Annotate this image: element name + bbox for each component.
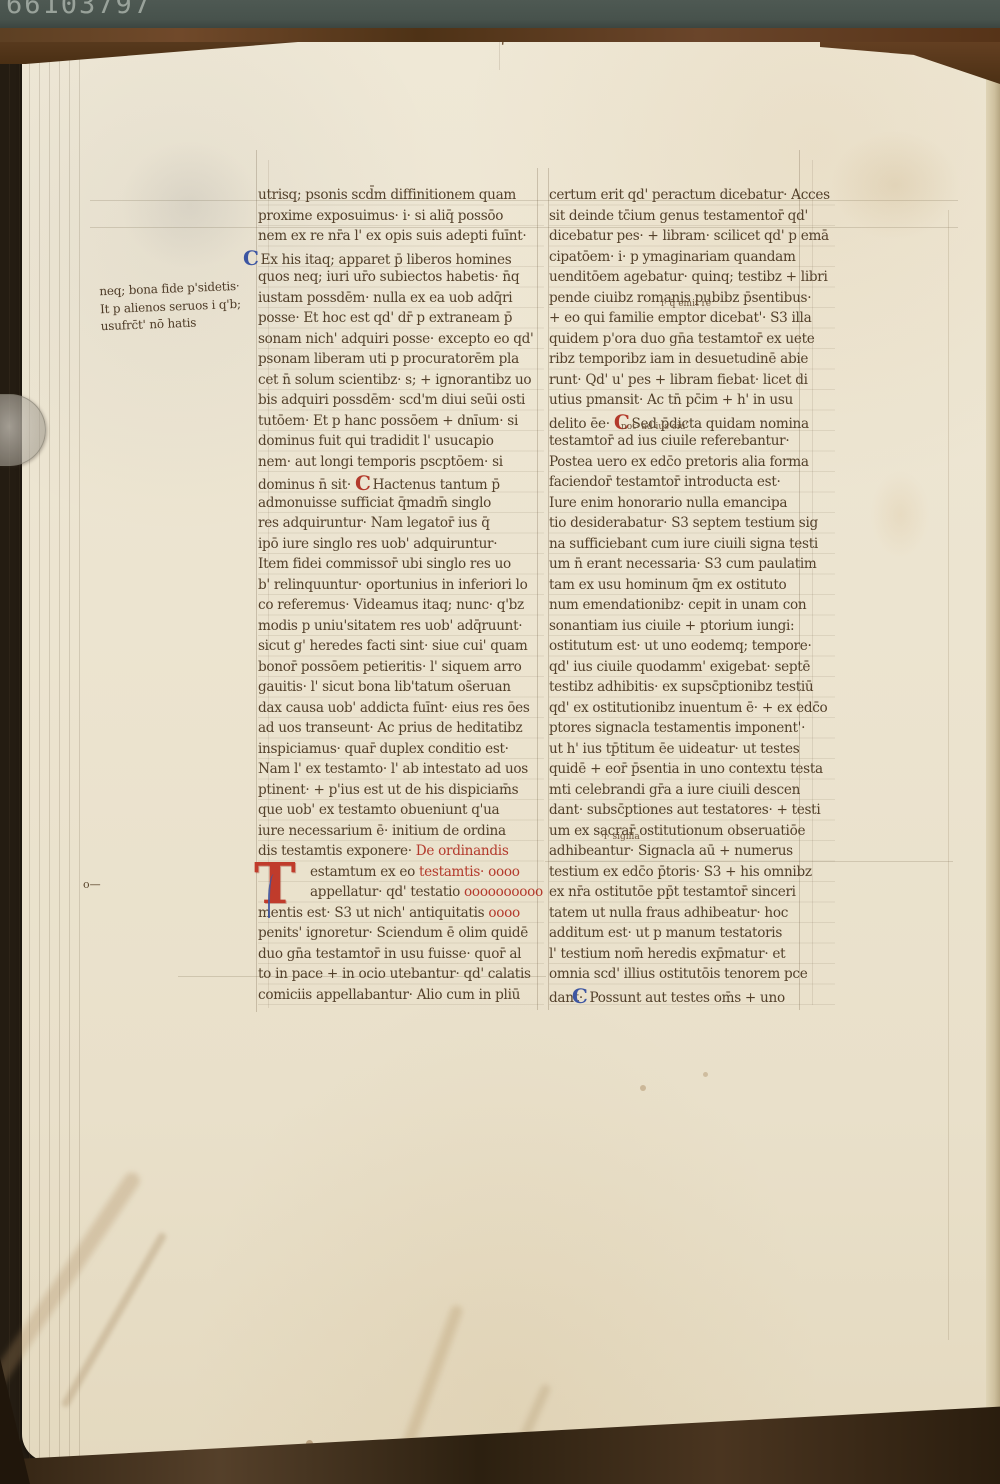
body-text: dant· subsc̄ptiones aut testatores· + te… bbox=[549, 802, 820, 818]
text-line: sonantiam ius ciuile + ptorium iungi: bbox=[549, 616, 835, 637]
text-line: sonam nich' adquiri posse· excepto eo qd… bbox=[258, 329, 544, 350]
text-line: que uob' ex testamto obueniunt q'ua bbox=[258, 800, 544, 821]
body-text: Iure enim honorario nulla emancipa bbox=[549, 495, 787, 511]
text-line: utius pmansit· Ac tn̄ pc̄im + h' in usu bbox=[549, 390, 835, 411]
body-text: comiciis appellabantur· Alio cum in pliū bbox=[258, 987, 520, 1003]
body-text: sonantiam ius ciuile + ptorium iungi: bbox=[549, 618, 794, 634]
text-line: um n̄ erant necessaria· S3 cum paulatim bbox=[549, 554, 835, 575]
paraph-initial: C bbox=[243, 246, 259, 270]
body-text: tio desiderabatur· S3 septem testium sig bbox=[549, 515, 818, 531]
text-line: na sufficiebant cum iure ciuili signa te… bbox=[549, 534, 835, 555]
text-line: ptinent· + p'ius est ut de his dispiciam… bbox=[258, 780, 544, 801]
text-line: dominus fuit qui tradidit l' usucapio bbox=[258, 431, 544, 452]
paraph-initial: C bbox=[355, 471, 371, 495]
text-line: modis p uniu'sitatem res uob' adq̄ruunt· bbox=[258, 616, 544, 637]
body-text: ut h' ius tp̄titum ēe uideatur· ut teste… bbox=[549, 741, 799, 757]
text-line: b' relinquuntur· oportunius in inferiori… bbox=[258, 575, 544, 596]
body-text: inspiciamus· quar̄ duplex conditio est· bbox=[258, 741, 509, 757]
body-text: nem ex re nr̄a l' ex opis suis adepti fu… bbox=[258, 228, 526, 244]
text-line: dis testamtis exponere· De ordinandis bbox=[258, 841, 544, 862]
body-text: que uob' ex testamto obueniunt q'ua bbox=[258, 802, 499, 818]
rubric-text: testamtis· oooo bbox=[419, 864, 520, 880]
text-line: ut h' ius tp̄titum ēe uideatur· ut teste… bbox=[549, 739, 835, 760]
body-text: cet n̄ solum scientibz· s; + ignorantibz… bbox=[258, 372, 531, 388]
scanner-id-number: 66103797 bbox=[6, 0, 152, 20]
text-line: res adquiruntur· Nam legator̄ ius q̄ bbox=[258, 513, 544, 534]
body-text: appellatur· qd' testatio bbox=[310, 884, 464, 900]
body-text: dominus fuit qui tradidit l' usucapio bbox=[258, 433, 494, 449]
text-line: l' testium nom̄ heredis exp̄matur· et bbox=[549, 944, 835, 965]
text-column-right: certum erit qd' peractum dicebatur· Acce… bbox=[549, 185, 835, 1005]
interlinear-gloss: i· q̄ emit rē bbox=[661, 300, 711, 309]
text-line: qd' ius ciuile quodamm' exigebat· septē bbox=[549, 657, 835, 678]
text-line: quos neq; iuri ur̄o subiectos habetis· n… bbox=[258, 267, 544, 288]
body-text: quidem p'ora duo gn̄a testamtor̄ ex uete bbox=[549, 331, 815, 347]
text-line: ptores signacla testamentis imponent'· bbox=[549, 718, 835, 739]
body-text: dax causa uob' addicta fuīnt· eius res ō… bbox=[258, 700, 530, 716]
text-line: quidē + eor̄ p̄sentia in uno contextu te… bbox=[549, 759, 835, 780]
body-text: bonor̄ possōem petieritis· l' siquem arr… bbox=[258, 659, 522, 675]
text-line: ipō iure singlo res uob' adquiruntur· bbox=[258, 534, 544, 555]
body-text: ribz temporibz iam in desuetudinē abie bbox=[549, 351, 808, 367]
body-text: posse· Et hoc est qd' dr̄ p extraneam p̄ bbox=[258, 310, 512, 326]
body-text: penits' ignoretur· Sciendum ē olim quidē bbox=[258, 925, 528, 941]
marginal-note: neq; bona fide p'sidetis·It p alienos se… bbox=[99, 277, 271, 336]
text-line: dax causa uob' addicta fuīnt· eius res ō… bbox=[258, 698, 544, 719]
fore-edge-pages bbox=[986, 60, 1000, 1420]
body-text: testamtor̄ ad ius ciuile referebantur· bbox=[549, 433, 789, 449]
body-text: delito ēe· bbox=[549, 416, 614, 432]
text-line: qd' ex ostitutionibz inuentum ē· + ex ed… bbox=[549, 698, 835, 719]
body-text: utrisq; psonis scd̄m diffinitionem quam bbox=[258, 187, 516, 203]
text-column-left: utrisq; psonis scd̄m diffinitionem quamp… bbox=[258, 185, 544, 1005]
text-line: additum est· ut p manum testatoris bbox=[549, 923, 835, 944]
body-text: na sufficiebant cum iure ciuili signa te… bbox=[549, 536, 818, 552]
interlinear-gloss: ·i· sigilla bbox=[601, 833, 640, 842]
text-line: um ex sacrar̄ ostitutionum obseruatiōe bbox=[549, 821, 835, 842]
text-line: dominus n̄ sit· CHactenus tantum p̄ bbox=[258, 472, 544, 493]
body-text: Hactenus tantum p̄ bbox=[373, 477, 500, 493]
interlinear-gloss: not· ad ius ciu' bbox=[621, 423, 688, 432]
paraph-initial: C bbox=[572, 984, 588, 1008]
body-text: sit deinde tc̄ium genus testamentor̄ qd' bbox=[549, 208, 808, 224]
body-text: runt· Qd' u' pes + libram fiebat· licet … bbox=[549, 372, 808, 388]
text-line: penits' ignoretur· Sciendum ē olim quidē bbox=[258, 923, 544, 944]
body-text: ptinent· + p'ius est ut de his dispiciam… bbox=[258, 782, 518, 798]
text-line: Postea uero ex edc̄o pretoris alia forma bbox=[549, 452, 835, 473]
text-line: delito ēe· CSed p̄dicta quidam nomina bbox=[549, 411, 835, 432]
text-line: tam ex usu hominum q̄m ex ostituto bbox=[549, 575, 835, 596]
body-text: proxime exposuimus· i· si aliq̄ possōo bbox=[258, 208, 503, 224]
rubric-text: De ordinandis bbox=[416, 843, 509, 859]
body-text: dicebatur pes· + libram· scilicet qd' p … bbox=[549, 228, 829, 244]
body-text: sonam nich' adquiri posse· excepto eo qd… bbox=[258, 331, 534, 347]
body-text: um ex sacrar̄ ostitutionum obseruatiōe bbox=[549, 823, 805, 839]
text-line: CEx his itaq; apparet p̄ liberos homines bbox=[258, 247, 544, 268]
body-text: ad uos transeunt· Ac prius de heditatibz bbox=[258, 720, 522, 736]
body-text: Possunt aut testes om̄s + uno bbox=[590, 990, 785, 1006]
text-line: mti celebrandi gr̄a a iure ciuili descen bbox=[549, 780, 835, 801]
text-line: tio desiderabatur· S3 septem testium sig bbox=[549, 513, 835, 534]
scanner-band: 66103797 bbox=[0, 0, 1000, 28]
text-line: quidem p'ora duo gn̄a testamtor̄ ex uete bbox=[549, 329, 835, 350]
page-fold-line bbox=[948, 210, 949, 1340]
text-line: bis adquiri possdēm· scd'm diui seūi ost… bbox=[258, 390, 544, 411]
text-line: sicut g' heredes facti sint· siue cui' q… bbox=[258, 636, 544, 657]
text-line: uenditōem agebatur· quinq; testibz + lib… bbox=[549, 267, 835, 288]
text-line: appellatur· qd' testatio oooooooooo bbox=[258, 882, 544, 903]
binding-leather-top bbox=[0, 26, 1000, 42]
body-text: quidē + eor̄ p̄sentia in uno contextu te… bbox=[549, 761, 823, 777]
body-text: certum erit qd' peractum dicebatur· Acce… bbox=[549, 187, 830, 203]
text-line: admonuisse sufficiat q̄madm̄ singlo bbox=[258, 493, 544, 514]
body-text: tutōem· Et p hanc possōem + dnīum· si bbox=[258, 413, 518, 429]
body-text: gauitis· l' sicut bona lib'tatum os̄erua… bbox=[258, 679, 511, 695]
text-line: bonor̄ possōem petieritis· l' siquem arr… bbox=[258, 657, 544, 678]
body-text: quos neq; iuri ur̄o subiectos habetis· n… bbox=[258, 269, 519, 285]
text-line: tatem ut nulla fraus adhibeatur· hoc bbox=[549, 903, 835, 924]
text-line: duo gn̄a testamtor̄ in usu fuisse· quor̄… bbox=[258, 944, 544, 965]
text-line: inspiciamus· quar̄ duplex conditio est· bbox=[258, 739, 544, 760]
body-text: psonam liberam uti p procuratorēm pla bbox=[258, 351, 519, 367]
body-text: testium ex edc̄o p̄toris· S3 + his omnib… bbox=[549, 864, 812, 880]
text-line: mentis est· S3 ut nich' antiquitatis ooo… bbox=[258, 903, 544, 924]
text-line: testium ex edc̄o p̄toris· S3 + his omnib… bbox=[549, 862, 835, 883]
body-text: res adquiruntur· Nam legator̄ ius q̄ bbox=[258, 515, 490, 531]
body-text: omnia scd' illius ostitutōis tenorem pce bbox=[549, 966, 807, 982]
text-line: proxime exposuimus· i· si aliq̄ possōo bbox=[258, 206, 544, 227]
body-text: num emendationibz· cepit in unam con bbox=[549, 597, 806, 613]
body-text: Nam l' ex testamto· l' ab intestato ad u… bbox=[258, 761, 528, 777]
text-line: omnia scd' illius ostitutōis tenorem pce bbox=[549, 964, 835, 985]
body-text: Ex his itaq; apparet p̄ liberos homines bbox=[261, 252, 512, 268]
body-text: b' relinquuntur· oportunius in inferiori… bbox=[258, 577, 527, 593]
body-text: duo gn̄a testamtor̄ in usu fuisse· quor̄… bbox=[258, 946, 521, 962]
text-line: cet n̄ solum scientibz· s; + ignorantibz… bbox=[258, 370, 544, 391]
text-line: certum erit qd' peractum dicebatur· Acce… bbox=[549, 185, 835, 206]
text-line: to in pace + in ocio utebantur· qd' cala… bbox=[258, 964, 544, 985]
body-text: ptores signacla testamentis imponent'· bbox=[549, 720, 805, 736]
body-text: dominus n̄ sit· bbox=[258, 477, 355, 493]
rubric-text: oooo bbox=[488, 905, 520, 921]
body-text: ostitutum est· ut uno eodemq; tempore· bbox=[549, 638, 812, 654]
rubric-text: oooooooooo bbox=[464, 884, 543, 900]
text-line: num emendationibz· cepit in unam con bbox=[549, 595, 835, 616]
text-line: testibz adhibitis· ex supsc̄ptionibz tes… bbox=[549, 677, 835, 698]
body-text: estamtum ex eo bbox=[310, 864, 419, 880]
text-line: ad uos transeunt· Ac prius de heditatibz bbox=[258, 718, 544, 739]
text-line: co referemus· Videamus itaq; nunc· q'bz bbox=[258, 595, 544, 616]
text-line: nem ex re nr̄a l' ex opis suis adepti fu… bbox=[258, 226, 544, 247]
body-text: uenditōem agebatur· quinq; testibz + lib… bbox=[549, 269, 828, 285]
text-line: sit deinde tc̄ium genus testamentor̄ qd' bbox=[549, 206, 835, 227]
text-line: Nam l' ex testamto· l' ab intestato ad u… bbox=[258, 759, 544, 780]
text-line: dicebatur pes· + libram· scilicet qd' p … bbox=[549, 226, 835, 247]
body-text: + eo qui familie emptor dicebat'· S3 ill… bbox=[549, 310, 811, 326]
body-text: admonuisse sufficiat q̄madm̄ singlo bbox=[258, 495, 491, 511]
body-text: ex nr̄a ostitutōe pp̄t testamtor̄ sincer… bbox=[549, 884, 796, 900]
body-text: additum est· ut p manum testatoris bbox=[549, 925, 782, 941]
body-text: co referemus· Videamus itaq; nunc· q'bz bbox=[258, 597, 524, 613]
body-text: ipō iure singlo res uob' adquiruntur· bbox=[258, 536, 497, 552]
margin-mark: o— bbox=[83, 878, 101, 891]
text-line: ex nr̄a ostitutōe pp̄t testamtor̄ sincer… bbox=[549, 882, 835, 903]
text-line: gauitis· l' sicut bona lib'tatum os̄erua… bbox=[258, 677, 544, 698]
text-line: adhibeantur· Signacla aū + numerus bbox=[549, 841, 835, 862]
body-text: qd' ius ciuile quodamm' exigebat· septē bbox=[549, 659, 810, 675]
text-line: estamtum ex eo testamtis· oooo bbox=[258, 862, 544, 883]
body-text: tam ex usu hominum q̄m ex ostituto bbox=[549, 577, 786, 593]
text-line: Iure enim honorario nulla emancipa bbox=[549, 493, 835, 514]
manuscript-scan: +· o— neq; bona fide p'sidetis·It p alie… bbox=[0, 0, 1000, 1484]
page-stack-edge-lines bbox=[0, 56, 80, 1460]
text-line: iustam possdēm· nulla ex ea uob adq̄ri bbox=[258, 288, 544, 309]
body-text: to in pace + in ocio utebantur· qd' cala… bbox=[258, 966, 531, 982]
body-text: nem· aut longi temporis pscptōem· si bbox=[258, 454, 503, 470]
text-line: cipatōem· i· p ymaginariam quandam bbox=[549, 247, 835, 268]
body-text: tatem ut nulla fraus adhibeatur· hoc bbox=[549, 905, 788, 921]
text-line: utrisq; psonis scd̄m diffinitionem quam bbox=[258, 185, 544, 206]
body-text: Postea uero ex edc̄o pretoris alia forma bbox=[549, 454, 809, 470]
text-line: tutōem· Et p hanc possōem + dnīum· si bbox=[258, 411, 544, 432]
body-text: bis adquiri possdēm· scd'm diui seūi ost… bbox=[258, 392, 525, 408]
text-line: iure necessarium ē· initium de ordina bbox=[258, 821, 544, 842]
text-line: dant· CPossunt aut testes om̄s + uno bbox=[549, 985, 835, 1006]
text-line: testamtor̄ ad ius ciuile referebantur· bbox=[549, 431, 835, 452]
body-text: qd' ex ostitutionibz inuentum ē· + ex ed… bbox=[549, 700, 827, 716]
text-line: + eo qui familie emptor dicebat'· S3 ill… bbox=[549, 308, 835, 329]
body-text: iustam possdēm· nulla ex ea uob adq̄ri bbox=[258, 290, 512, 306]
body-text: modis p uniu'sitatem res uob' adq̄ruunt· bbox=[258, 618, 522, 634]
body-text: testibz adhibitis· ex supsc̄ptionibz tes… bbox=[549, 679, 813, 695]
body-text: mti celebrandi gr̄a a iure ciuili descen bbox=[549, 782, 800, 798]
body-text: l' testium nom̄ heredis exp̄matur· et bbox=[549, 946, 785, 962]
body-text: um n̄ erant necessaria· S3 cum paulatim bbox=[549, 556, 817, 572]
body-text: iure necessarium ē· initium de ordina bbox=[258, 823, 506, 839]
body-text: cipatōem· i· p ymaginariam quandam bbox=[549, 249, 796, 265]
text-line: posse· Et hoc est qd' dr̄ p extraneam p̄ bbox=[258, 308, 544, 329]
text-line: psonam liberam uti p procuratorēm pla bbox=[258, 349, 544, 370]
text-line: ostitutum est· ut uno eodemq; tempore· bbox=[549, 636, 835, 657]
text-line: comiciis appellabantur· Alio cum in pliū bbox=[258, 985, 544, 1006]
text-line: runt· Qd' u' pes + libram fiebat· licet … bbox=[549, 370, 835, 391]
body-text: sicut g' heredes facti sint· siue cui' q… bbox=[258, 638, 527, 654]
body-text: faciendor̄ testamtor̄ introducta est· bbox=[549, 474, 781, 490]
text-line: nem· aut longi temporis pscptōem· si bbox=[258, 452, 544, 473]
text-line: Item fidei commissor̄ ubi singlo res uo bbox=[258, 554, 544, 575]
text-line: dant· subsc̄ptiones aut testatores· + te… bbox=[549, 800, 835, 821]
text-line: ribz temporibz iam in desuetudinē abie bbox=[549, 349, 835, 370]
body-text: adhibeantur· Signacla aū + numerus bbox=[549, 843, 793, 859]
text-line: faciendor̄ testamtor̄ introducta est· bbox=[549, 472, 835, 493]
body-text: Item fidei commissor̄ ubi singlo res uo bbox=[258, 556, 511, 572]
body-text: utius pmansit· Ac tn̄ pc̄im + h' in usu bbox=[549, 392, 793, 408]
